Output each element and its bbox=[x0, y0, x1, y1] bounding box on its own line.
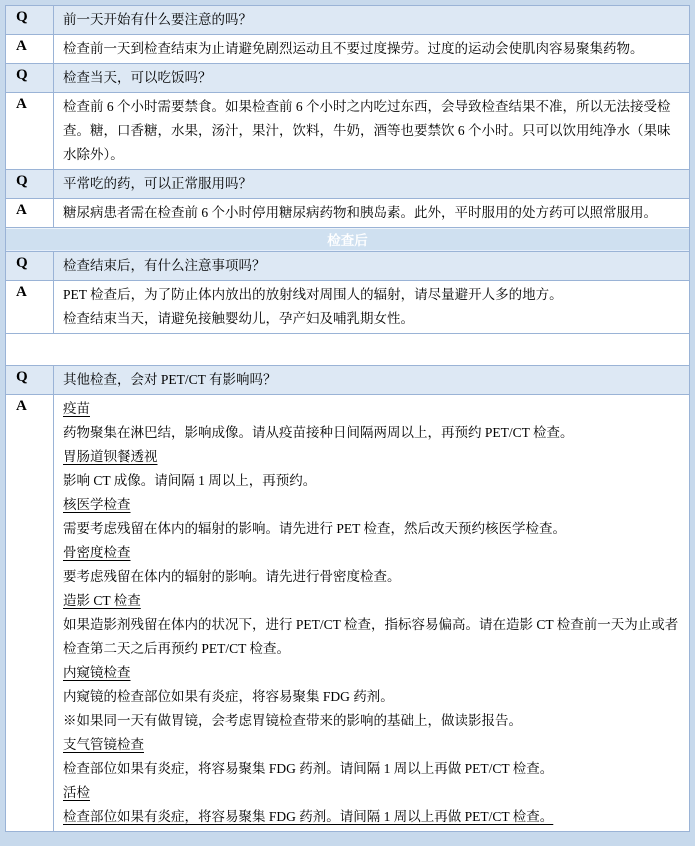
a-label: A bbox=[6, 199, 54, 227]
answer-row: A 检查前一天到检查结束为止请避免剧烈运动且不要过度操劳。过度的运动会使肌肉容易… bbox=[6, 35, 689, 64]
answer-paragraph: 检查前一天到检查结束为止请避免剧烈运动且不要过度操劳。过度的运动会使肌肉容易聚集… bbox=[63, 37, 681, 61]
answer-paragraph: 需要考虑残留在体内的辐射的影响。请先进行 PET 检查，然后改天预约核医学检查。 bbox=[63, 517, 681, 541]
answer-subheading: 内窥镜检查 bbox=[63, 661, 681, 685]
question-text: 检查当天，可以吃饭吗？ bbox=[63, 66, 681, 90]
answer-paragraph: 检查前 6 个小时需要禁食。如果检查前 6 个小时之内吃过东西，会导致检查结果不… bbox=[63, 95, 681, 167]
question-text: 平常吃的药，可以正常服用吗？ bbox=[63, 172, 681, 196]
answer-row: A PET 检查后，为了防止体内放出的放射线对周围人的辐射，请尽量避开人多的地方… bbox=[6, 281, 689, 334]
answer-paragraph: 影响 CT 成像。请间隔 1 周以上，再预约。 bbox=[63, 469, 681, 493]
answer-subheading: 造影 CT 检查 bbox=[63, 589, 681, 613]
answer-paragraph: 药物聚集在淋巴结，影响成像。请从疫苗接种日间隔两周以上，再预约 PET/CT 检… bbox=[63, 421, 681, 445]
answer-paragraph: 检查部位如果有炎症，将容易聚集 FDG 药剂。请间隔 1 周以上再做 PET/C… bbox=[63, 805, 681, 829]
answer-paragraph: PET 检查后，为了防止体内放出的放射线对周围人的辐射，请尽量避开人多的地方。 bbox=[63, 283, 681, 307]
answer-subheading: 骨密度检查 bbox=[63, 541, 681, 565]
q-label: Q bbox=[6, 64, 54, 92]
answer-subheading: 核医学检查 bbox=[63, 493, 681, 517]
answer-paragraph: 糖尿病患者需在检查前 6 个小时停用糖尿病药物和胰岛素。此外，平时服用的处方药可… bbox=[63, 201, 681, 225]
question-text: 检查结束后，有什么注意事项吗？ bbox=[63, 254, 681, 278]
answer-paragraph: 如果造影剂残留在体内的状况下，进行 PET/CT 检查，指标容易偏高。请在造影 … bbox=[63, 613, 681, 661]
a-label: A bbox=[6, 93, 54, 169]
q-label: Q bbox=[6, 252, 54, 280]
question-row: Q 其他检查，会对 PET/CT 有影响吗？ bbox=[6, 366, 689, 395]
blank-row bbox=[6, 334, 689, 366]
question-text: 前一天开始有什么要注意的吗？ bbox=[63, 8, 681, 32]
answer-subheading: 活检 bbox=[63, 781, 681, 805]
faq-table: Q 前一天开始有什么要注意的吗？ A 检查前一天到检查结束为止请避免剧烈运动且不… bbox=[5, 5, 690, 832]
q-label: Q bbox=[6, 170, 54, 198]
question-row: Q 前一天开始有什么要注意的吗？ bbox=[6, 6, 689, 35]
question-text: 其他检查，会对 PET/CT 有影响吗？ bbox=[63, 368, 681, 392]
answer-paragraph: 检查结束当天，请避免接触婴幼儿，孕产妇及哺乳期女性。 bbox=[63, 307, 681, 331]
answer-paragraph: ※如果同一天有做胃镜，会考虑胃镜检查带来的影响的基础上，做读影报告。 bbox=[63, 709, 681, 733]
answer-paragraph: 要考虑残留在体内的辐射的影响。请先进行骨密度检查。 bbox=[63, 565, 681, 589]
question-row: Q 检查当天，可以吃饭吗？ bbox=[6, 64, 689, 93]
answer-paragraph: 内窥镜的检查部位如果有炎症，将容易聚集 FDG 药剂。 bbox=[63, 685, 681, 709]
question-row: Q 平常吃的药，可以正常服用吗？ bbox=[6, 170, 689, 199]
answer-row: A 糖尿病患者需在检查前 6 个小时停用糖尿病药物和胰岛素。此外，平时服用的处方… bbox=[6, 199, 689, 228]
a-label: A bbox=[6, 35, 54, 63]
answer-subheading: 疫苗 bbox=[63, 397, 681, 421]
section-header-row: 检查后 bbox=[6, 228, 689, 252]
q-label: Q bbox=[6, 6, 54, 34]
answer-paragraph: 检查部位如果有炎症，将容易聚集 FDG 药剂。请间隔 1 周以上再做 PET/C… bbox=[63, 757, 681, 781]
a-label: A bbox=[6, 281, 54, 333]
answer-row: A 疫苗 药物聚集在淋巴结，影响成像。请从疫苗接种日间隔两周以上，再预约 PET… bbox=[6, 395, 689, 832]
section-header-title: 检查后 bbox=[327, 233, 368, 248]
answer-subheading: 胃肠道钡餐透视 bbox=[63, 445, 681, 469]
answer-subheading: 支气管镜检查 bbox=[63, 733, 681, 757]
q-label: Q bbox=[6, 366, 54, 394]
page-background: Q 前一天开始有什么要注意的吗？ A 检查前一天到检查结束为止请避免剧烈运动且不… bbox=[0, 0, 695, 846]
question-row: Q 检查结束后，有什么注意事项吗？ bbox=[6, 252, 689, 281]
a-label: A bbox=[6, 395, 54, 831]
answer-row: A 检查前 6 个小时需要禁食。如果检查前 6 个小时之内吃过东西，会导致检查结… bbox=[6, 93, 689, 170]
